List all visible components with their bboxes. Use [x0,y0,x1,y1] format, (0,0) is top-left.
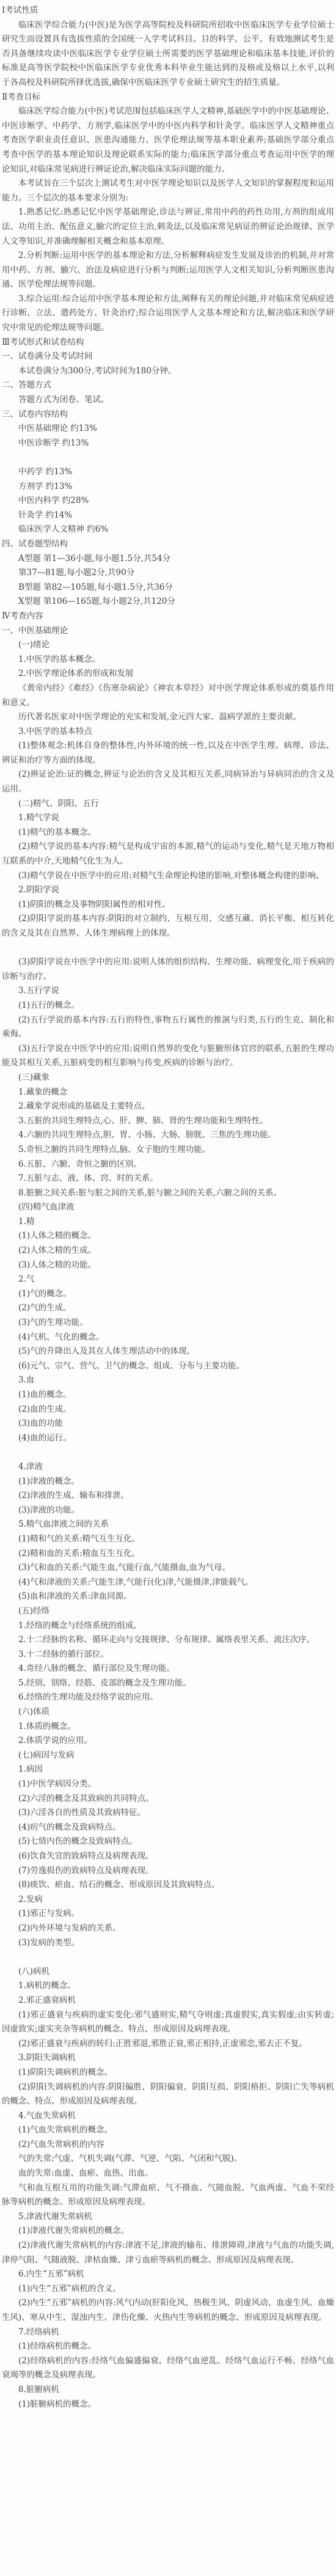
paragraph: 4.奇经八脉的概念、循行部位及生理功能。 [2,1662,334,1676]
paragraph: B型题 第82—105题,每小题1.5分,共36分 [2,581,334,595]
section-heading: 一、试卷满分及考试时间 [2,350,334,364]
paragraph: 2.气 [2,1272,334,1287]
paragraph: (2)人体之精的生成。 [2,1244,334,1258]
paragraph: (5)气的升降出入及其在人体生理活动中的体现。 [2,1345,334,1359]
paragraph: 临床医学人文精神 约6% [2,523,334,537]
paragraph: 气的失常:气虚、气机失调(气滞、气逆、气陷、气闭和气脱)。 [2,2152,334,2167]
paragraph: (1)整体观念:机体自身的整体性,内外环境的统一性,以及在中医学生理、病理、诊法… [2,739,334,768]
section-heading: Ⅱ考查目标 [2,90,334,105]
paragraph: (3)阴阳学说在中医学中的应用:说明人体的组织结构、生理功能、病理变化,用于疾病… [2,955,334,984]
paragraph: (3)精气学说在中医学中的应用:对精气生命理论构建的影响,对整体概念构建的影响。 [2,869,334,884]
paragraph: 针灸学 约14% [2,508,334,523]
paragraph: (1)邪正盛衰与疾病的虚实变化:邪气盛则实,精气夺则虚;真虚假实,真实假虚;由实… [2,2008,334,2037]
paragraph: 6.五脏、六腑、奇恒之腑的区别。 [2,1158,334,1172]
paragraph: 临床医学综合能力(中医)是为医学高等院校及科研院所招收中医临床医学专业学位硕士研… [2,18,334,90]
paragraph: (2)精和血的关系:精血互生互化。 [2,1547,334,1561]
paragraph: (一)绪论 [2,638,334,653]
paragraph: (1)气的概念。 [2,1287,334,1302]
paragraph: 气和血互根互用的功能失调:气滞血瘀、气不摄血、气随血脱、气血两虚、气血不荣经脉等… [2,2181,334,2210]
paragraph: 1.病机的概念。 [2,1979,334,1994]
paragraph: 5.津液代谢失常病机 [2,2210,334,2225]
paragraph: 3.中医学的基本特点 [2,725,334,739]
paragraph: (5)七情内伤的概念及致病特点。 [2,1835,334,1849]
paragraph: 中医基础理论 约13% [2,422,334,436]
paragraph: (3)五行学说在中医学中的应用:说明自然界的变化与脏腑形体官窍的联系,五脏的生理… [2,1042,334,1071]
paragraph: (1)精气的基本概念。 [2,826,334,840]
paragraph: 中药学 约13% [2,465,334,480]
paragraph: 6.内生“五邪”病机 [2,2267,334,2282]
paragraph: (1)脏腑病机的概念。 [2,2398,334,2412]
paragraph: 2.分析判断:运用中医学的基本理论和方法,分析解释病症发生发展及诊治的机制,并对… [2,249,334,292]
paragraph: (3)发病的类型。 [2,1936,334,1951]
paragraph: 5.奇恒之腑的共同生理特点,脑、女子胞的生理功能。 [2,1143,334,1158]
blank-line [2,450,334,465]
paragraph: (2)内生“五邪”病机的内容:风气内动(肝阳化风、热极生风、阴虚风动、血虚生风、… [2,2296,334,2325]
paragraph: (1)人体之精的概念。 [2,1229,334,1244]
blank-line [2,941,334,956]
paragraph: (七)病因与发病 [2,1749,334,1763]
section-heading: 一、中医基础理论 [2,624,334,639]
paragraph: (1)中医学病因分类。 [2,1777,334,1792]
paragraph: (2)津液代谢失常病机的内容:津液不足,津液的输布、排泄障碍,津液与气血的功能失… [2,2239,334,2267]
paragraph: (2)血的生成。 [2,1403,334,1417]
paragraph: 3.阴阳失调病机 [2,2051,334,2066]
paragraph: (八)病机 [2,1965,334,1980]
section-heading: Ⅳ考查内容 [2,609,334,624]
paragraph: 临床医学综合能力(中医)考试范围包括临床医学人文精神,基础医学中的中医基础理论、… [2,105,334,177]
paragraph: (4)气和津液的关系:气能生津,气能行(化)津,气能摄津,津能载气。 [2,1576,334,1590]
paragraph: 7.经络病机 [2,2325,334,2340]
paragraph: (2)辨证论治:证的概念,辨证与论治的含义及其相互关系,同病异治与异病同治的含义… [2,768,334,796]
paragraph: (8)痰饮、瘀血、结石的概念、形成原因及其致病特点。 [2,1878,334,1893]
paragraph: (1)阴阳失调病机的概念。 [2,2066,334,2080]
paragraph: 1.经络的概念与经络系统的组成。 [2,1619,334,1634]
paragraph: (1)阴阳的概念及事物阴阳属性的相对性。 [2,898,334,912]
paragraph: (2)内外环境与发病的关系。 [2,1921,334,1936]
paragraph: 1.中医学的基本概念。 [2,653,334,667]
paragraph: (1)邪正与发病。 [2,1907,334,1921]
paragraph: 1.藏象的概念 [2,1085,334,1100]
paragraph: 4.津液 [2,1460,334,1475]
paragraph: (四)精气血津液 [2,1200,334,1215]
paragraph: 2.阴阳学说 [2,883,334,898]
paragraph: (2)阴阳失调病机的内容:阴阳偏胜、阴阳偏衰、阴阳互损、阴阳格拒、阴阳亡失等病机… [2,2080,334,2109]
paragraph: (三)藏象 [2,1071,334,1085]
paragraph: (4)血的运行。 [2,1431,334,1446]
paragraph: 《黄帝内经》《难经》《伤寒杂病论》《神农本草经》对中医学理论体系形成的奠基作用和… [2,681,334,710]
paragraph: 2.中医学理论体系的形成和发展 [2,667,334,681]
paragraph: 答题方式为闭卷、笔试。 [2,393,334,408]
paragraph: (2)阴阳学说的基本内容:阴阳的对立制约、互根互用、交感互藏、消长平衡、相互转化… [2,912,334,941]
paragraph: X型题 第106—165题,每小题2分,共120分 [2,595,334,609]
section-heading: 三、试卷内容结构 [2,408,334,422]
paragraph: 7.五脏与志、液、体、窍、时的关系。 [2,1172,334,1186]
paragraph: (六)体质 [2,1705,334,1720]
paragraph: 2.藏象学说形成的基础及主要特点。 [2,1099,334,1114]
paragraph: 2.发病 [2,1893,334,1907]
paragraph: (2)精气学说的基本内容:精气是构成宇宙的本源,精气的运动与变化,精气是天地万物… [2,840,334,868]
paragraph: (1)精和气的关系:精气互生互化。 [2,1532,334,1547]
paragraph: (3)人体之精的功能。 [2,1258,334,1273]
section-heading: 二、答题方式 [2,378,334,393]
paragraph: 中医内科学 约28% [2,494,334,508]
paragraph: (1)内生“五邪”病机的含义。 [2,2282,334,2297]
paragraph: 血的失常:血虚、血瘀、血热、出血。 [2,2167,334,2181]
blank-line [2,1950,334,1965]
paragraph: (2)气血失常病机的内容 [2,2138,334,2152]
paragraph: (2)邪正盛衰与疾病的转归:正胜邪退,邪胜正衰,邪正相持,正虚邪恋,邪去正不复。 [2,2037,334,2052]
paragraph: (五)经络 [2,1604,334,1619]
paragraph: (3)六淫各自的性质及其致病特征。 [2,1806,334,1821]
paragraph: A型题 第1—36小题,每小题1.5分,共54分 [2,552,334,567]
paragraph: (1)经络病机的概念。 [2,2339,334,2354]
paragraph: 3.十二经脉的循行部位。 [2,1648,334,1662]
document-body: Ⅰ考试性质临床医学综合能力(中医)是为医学高等院校及科研院所招收中医临床医学专业… [2,4,334,2412]
paragraph: (3)气和血的关系:气能生血,气能行血,气能摄血,血为气母。 [2,1561,334,1576]
paragraph: 2.邪正盛衰病机 [2,1994,334,2008]
paragraph: 1.精 [2,1215,334,1230]
paragraph: 3.血 [2,1373,334,1388]
paragraph: 本试卷满分为300分,考试时间为180分钟。 [2,364,334,379]
paragraph: 5.经别、别络、经筋、皮部的概念及生理功能。 [2,1676,334,1691]
paragraph: 1.体质的概念。 [2,1720,334,1734]
section-heading: Ⅰ考试性质 [2,4,334,18]
paragraph: 4.六腑的共同生理特点,胆、胃、小肠、大肠、膀胱、三焦的生理功能。 [2,1128,334,1143]
paragraph: 8.脏腑病机 [2,2383,334,2398]
paragraph: 8.脏腑之间关系:脏与脏之间的关系,脏与腑之间的关系,六腑之间的关系。 [2,1186,334,1201]
paragraph: 3.五脏的共同生理特点,心、肝、脾、肺、肾的生理功能和生理特性。 [2,1114,334,1129]
paragraph: (2)五行学说的基本内容:五行的特性,事物五行属性的推演与归类,五行的生克、制化… [2,1013,334,1042]
paragraph: (3)血的功能 [2,1417,334,1431]
blank-line [2,1445,334,1460]
paragraph: 5.精气血津液之间的关系 [2,1517,334,1532]
paragraph: (3)津液的功能。 [2,1503,334,1518]
paragraph: 本考试旨在三个层次上测试考生对中医学理论知识以及医学人文知识的掌握程度和运用能力… [2,177,334,205]
paragraph: 3.综合运用:综合运用中医学基本理论和方法,阐释有关的理论问题,并对临床常见病症… [2,292,334,336]
paragraph: (7)劳逸损伤的致病特点及病理表现。 [2,1864,334,1879]
paragraph: (6)饮食失宜的致病特点及病理表现。 [2,1849,334,1864]
paragraph: (1)血的概念。 [2,1388,334,1403]
paragraph: (2)气的生成。 [2,1301,334,1316]
paragraph: 6.经络的生理功能及经络学说的应用。 [2,1690,334,1705]
paragraph: (2)经络病机的内容:经络气血偏盛偏衰、经络气血逆乱、经络气血运行不畅、经络气血… [2,2354,334,2383]
paragraph: (2)六淫的概念及其致病的共同特点。 [2,1792,334,1807]
paragraph: 4.气血失常病机 [2,2109,334,2124]
paragraph: (2)津液的生成、输布和排泄。 [2,1489,334,1503]
paragraph: 方剂学 约13% [2,480,334,494]
paragraph: 中医诊断学 约13% [2,436,334,451]
paragraph: (二)精气、阴阳、五行 [2,797,334,812]
paragraph: 1.病因 [2,1763,334,1777]
paragraph: (1)气血失常病机的概念。 [2,2123,334,2138]
paragraph: 1.精气学说 [2,811,334,826]
paragraph: (3)气的生理功能。 [2,1316,334,1330]
paragraph: (1)津液的概念。 [2,1475,334,1489]
paragraph: (1)津液代谢失常病机的概念。 [2,2224,334,2239]
section-heading: 四、试卷题型结构 [2,537,334,552]
paragraph: 3.五行学说 [2,984,334,999]
paragraph: 第37—81题,每小题2分,共90分 [2,566,334,581]
paragraph: (4)气机、气化的概念。 [2,1330,334,1345]
paragraph: (1)五行的概念。 [2,999,334,1013]
paragraph: (6)元气、宗气、营气、卫气的概念、组成、分布与主要功能。 [2,1359,334,1374]
paragraph: 2.十二经脉的名称、循环走向与交接规律、分布规律、属络表里关系、流注次序。 [2,1633,334,1648]
paragraph: 2.体质学说的应用。 [2,1734,334,1749]
paragraph: (5)血和津液的关系:津血同源。 [2,1590,334,1604]
document-page: Ⅰ考试性质临床医学综合能力(中医)是为医学高等院校及科研院所招收中医临床医学专业… [0,0,336,2576]
paragraph: 历代著名医家对中医学理论的充实和发展,金元四大家、温病学派的主要贡献。 [2,710,334,725]
paragraph: 1.熟悉记忆:熟悉记忆中医学基础理论,诊法与辨证,常用中药的药性功用,方剂的组成… [2,205,334,249]
paragraph: (4)疠气的概念及致病特点。 [2,1821,334,1835]
section-heading: Ⅲ考试形式和试卷结构 [2,336,334,350]
